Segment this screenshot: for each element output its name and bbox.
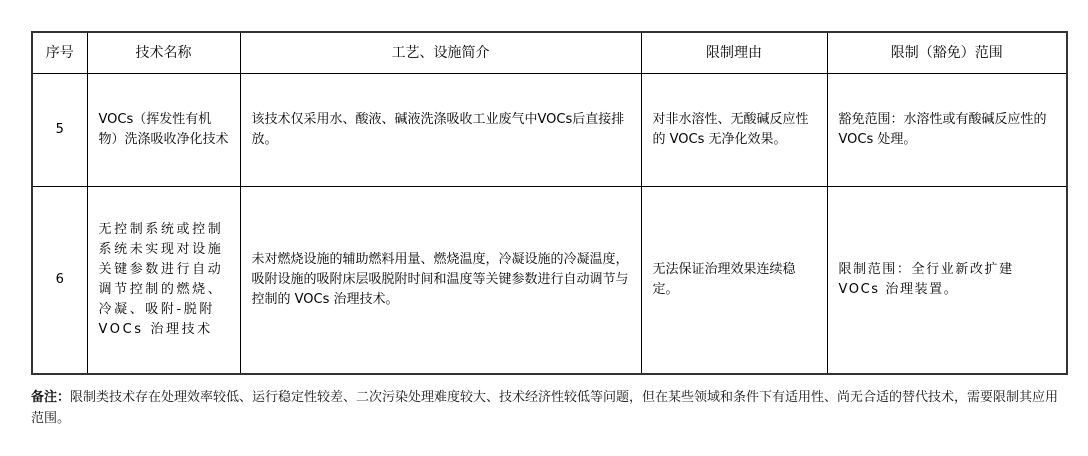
cell-serial-no: 6 bbox=[32, 187, 87, 375]
cell-restriction-scope: 豁免范围：水溶性或有酸碱反应性的 VOCs 处理。 bbox=[827, 74, 1067, 187]
header-restriction-reason: 限制理由 bbox=[641, 32, 827, 74]
cell-process-description: 未对燃烧设施的辅助燃料用量、燃烧温度，冷凝设施的冷凝温度，吸附设施的吸附床层吸脱… bbox=[240, 187, 641, 375]
cell-restriction-scope: 限制范围：全行业新改扩建 VOCs 治理装置。 bbox=[827, 187, 1067, 375]
cell-restriction-reason: 对非水溶性、无酸碱反应性的 VOCs 无净化效果。 bbox=[641, 74, 827, 187]
cell-process-description: 该技术仅采用水、酸液、碱液洗涤吸收工业废气中VOCs后直接排放。 bbox=[240, 74, 641, 187]
restricted-technology-table: 序号 技术名称 工艺、设施简介 限制理由 限制（豁免）范围 5 VOCs（挥发性… bbox=[31, 31, 1068, 375]
header-process-description: 工艺、设施简介 bbox=[240, 32, 641, 74]
header-serial-no: 序号 bbox=[32, 32, 87, 74]
cell-serial-no: 5 bbox=[32, 74, 87, 187]
table-header-row: 序号 技术名称 工艺、设施简介 限制理由 限制（豁免）范围 bbox=[32, 32, 1067, 74]
footnote-text: 限制类技术存在处理效率较低、运行稳定性较差、二次污染处理难度较大、技术经济性较低… bbox=[31, 390, 1058, 426]
cell-technology-name: VOCs（挥发性有机物）洗涤吸收净化技术 bbox=[87, 74, 240, 187]
footnote-label: 备注： bbox=[31, 390, 70, 405]
header-technology-name: 技术名称 bbox=[87, 32, 240, 74]
table-row: 5 VOCs（挥发性有机物）洗涤吸收净化技术 该技术仅采用水、酸液、碱液洗涤吸收… bbox=[32, 74, 1067, 187]
cell-technology-name: 无控制系统或控制系统未实现对设施关键参数进行自动调节控制的燃烧、冷凝、吸附-脱附… bbox=[87, 187, 240, 375]
footnote: 备注：限制类技术存在处理效率较低、运行稳定性较差、二次污染处理难度较大、技术经济… bbox=[31, 387, 1071, 429]
header-restriction-scope: 限制（豁免）范围 bbox=[827, 32, 1067, 74]
table-row: 6 无控制系统或控制系统未实现对设施关键参数进行自动调节控制的燃烧、冷凝、吸附-… bbox=[32, 187, 1067, 375]
cell-restriction-reason: 无法保证治理效果连续稳定。 bbox=[641, 187, 827, 375]
